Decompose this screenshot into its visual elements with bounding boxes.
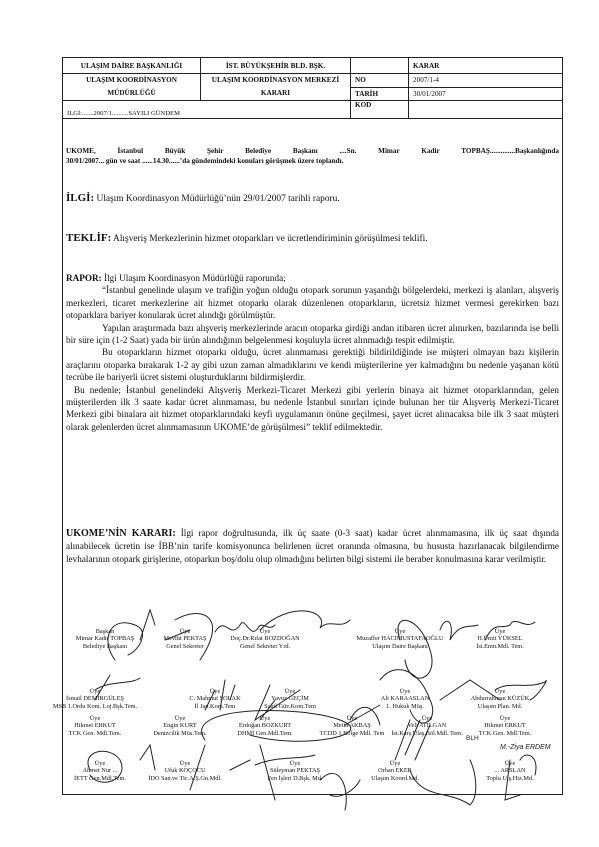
dept-lines: ULAŞIM KOORDİNASYON MÜDÜRLÜĞÜ <box>63 74 201 101</box>
signatory-title: Genel Sekreter Yrd. <box>215 643 315 650</box>
signatory: Üyeİsmail DEMİRGÜLEŞMSB 1.Ordu Kom. Loj.… <box>45 688 145 710</box>
signatory-name: Orhan EKER <box>345 767 445 774</box>
ilgi-reference: İLGİ:.......2007/1..........SAYILI GÜNDE… <box>63 101 351 119</box>
signatory-name: Doç.Dr.Rıfat BOZDOĞAN <box>215 635 315 642</box>
ilgi-label: İLGİ: <box>66 192 94 204</box>
teklif-label: TEKLİF: <box>66 232 111 244</box>
signatory-role: Üye <box>455 715 555 722</box>
signatory-title: Ulaşım Plan. Md. <box>450 703 550 710</box>
rapor-paragraph: “İstanbul genelinde ulaşım ve trafiğin y… <box>66 284 559 321</box>
signatory-name: Muzaffer HACIMUSTAFAOĞLU <box>350 635 450 642</box>
signatory-role: Üye <box>460 760 560 767</box>
karar-section: UKOME’NİN KARARI: İlgi rapor doğrultusun… <box>66 527 559 565</box>
signatory-title: MSB 1.Ordu Kom. Loj.Bşk.Tem. <box>45 703 145 710</box>
signatory-name: Hikmet ERKUT <box>455 722 555 729</box>
kod-value <box>409 101 563 119</box>
signatory-name: Abdurrahman KÜZÜK <box>450 695 550 702</box>
signatory-role: Üye <box>240 688 340 695</box>
signatory: ÜyeErdoğan BOZKURTDHMİ Gen.Mdl.Tem. <box>215 715 315 737</box>
signatory-name: Ali KARAASLAN <box>355 695 455 702</box>
signatory-role: Üye <box>450 628 550 635</box>
org-line1: İST. BÜYÜKŞEHİR BLD. BŞK. <box>201 58 351 74</box>
no-value: 2007/1-4 <box>409 74 563 88</box>
signatory-name: Ufuk KOÇOCU <box>135 767 235 774</box>
signatory: ÜyeUfuk KOÇOCUİDO San.ve Tic.A.Ş.Gn.Mdl. <box>135 760 235 782</box>
signatory: ÜyeDoç.Dr.Rıfat BOZDOĞANGenel Sekreter Y… <box>215 628 315 650</box>
signatory: Üye... ARSLANToplu Ulş.Hiz.Md. <box>460 760 560 782</box>
signatory-name: H.Ümit YÜKSEL <box>450 635 550 642</box>
signatory-title: Ulaşım Koord.Md. <box>345 775 445 782</box>
meeting-intro: UKOME, İstanbul Büyük Şehir Belediye Baş… <box>66 147 559 166</box>
header-table: ULAŞIM DAİRE BAŞKANLIĞI İST. BÜYÜKŞEHİR … <box>62 57 563 119</box>
rapor-label: RAPOR: <box>66 273 102 283</box>
signatory-title: DHMİ Gen.Mdl.Tem. <box>215 730 315 737</box>
signatory-role: Üye <box>215 715 315 722</box>
dept-line1: ULAŞIM DAİRE BAŞKANLIĞI <box>63 58 201 74</box>
teklif-section: TEKLİF: Alışveriş Merkezlerinin hizmet o… <box>66 232 559 245</box>
signatory-title: Toplu Ulş.Hiz.Md. <box>460 775 560 782</box>
signatory: ÜyeYavuz GEÇİMSahil Güv.Kom.Tem <box>240 688 340 710</box>
signatory-role: Üye <box>245 760 345 767</box>
signatory-role: Üye <box>45 688 145 695</box>
no-label: NO <box>351 74 409 88</box>
rapor-paragraph: Yapılan araştırmada bazı alışveriş merke… <box>66 322 559 347</box>
signatory: ÜyeOrhan EKERUlaşım Koord.Md. <box>345 760 445 782</box>
rapor-section: RAPOR: İlgi Ulaşım Koordinasyon Müdürlüğ… <box>66 272 559 433</box>
signatory-title: İst.Emn.Mdl. Tem. <box>450 643 550 650</box>
karar-label: UKOME’NİN KARARI: <box>66 528 176 539</box>
signatory-title: 1. Hukuk Müş. <box>355 703 455 710</box>
signatory: ÜyeAbdurrahman KÜZÜKUlaşım Plan. Md. <box>450 688 550 710</box>
signatory: ÜyeMuzaffer HACIMUSTAFAOĞLUUlaşım Daire … <box>350 628 450 650</box>
signatory-name: Süleyman PEKTAŞ <box>245 767 345 774</box>
signatory-role: Üye <box>450 688 550 695</box>
rapor-paragraph: Bu nedenle; İstanbul genelindeki Alışver… <box>66 384 559 434</box>
ilgi-section: İLGİ: Ulaşım Koordinasyon Müdürlüğü’nün … <box>66 192 559 205</box>
signatory-title: Fen İşleri D.Bşk. Md. <box>245 775 345 782</box>
signatory-role: Üye <box>355 688 455 695</box>
rapor-paragraph: Bu otoparkların hizmet otoparkı olduğu, … <box>66 346 559 383</box>
signatory-title: Sahil Güv.Kom.Tem <box>240 703 340 710</box>
doc-type: KARAR <box>409 58 563 74</box>
signatory-name: Yavuz GEÇİM <box>240 695 340 702</box>
signatory: ÜyeSüleyman PEKTAŞFen İşleri D.Bşk. Md. <box>245 760 345 782</box>
signatory-title: Ulaşım Daire Başkanı <box>350 643 450 650</box>
signatory-role: Üye <box>345 760 445 767</box>
date-value: 30/01/2007 <box>409 87 563 101</box>
signatory-title: İDO San.ve Tic.A.Ş.Gn.Mdl. <box>135 775 235 782</box>
kod-label: KOD <box>351 101 409 119</box>
signatory: ÜyeAli KARAASLAN1. Hukuk Müş. <box>355 688 455 710</box>
signatory-name: ... ARSLAN <box>460 767 560 774</box>
signatory-title: TCK Gen. Mdl.Tem. <box>455 730 555 737</box>
org-lines: ULAŞIM KOORDİNASYON MERKEZİ KARARI <box>201 74 351 101</box>
signatory: ÜyeH.Ümit YÜKSELİst.Emn.Mdl. Tem. <box>450 628 550 650</box>
signatory: ÜyeHikmet ERKUTTCK Gen. Mdl.Tem. <box>455 715 555 737</box>
signatory-role: Üye <box>135 760 235 767</box>
signatory-name: Erdoğan BOZKURT <box>215 722 315 729</box>
signatory-name: İsmail DEMİRGÜLEŞ <box>45 695 145 702</box>
date-label: TARİH <box>351 87 409 101</box>
